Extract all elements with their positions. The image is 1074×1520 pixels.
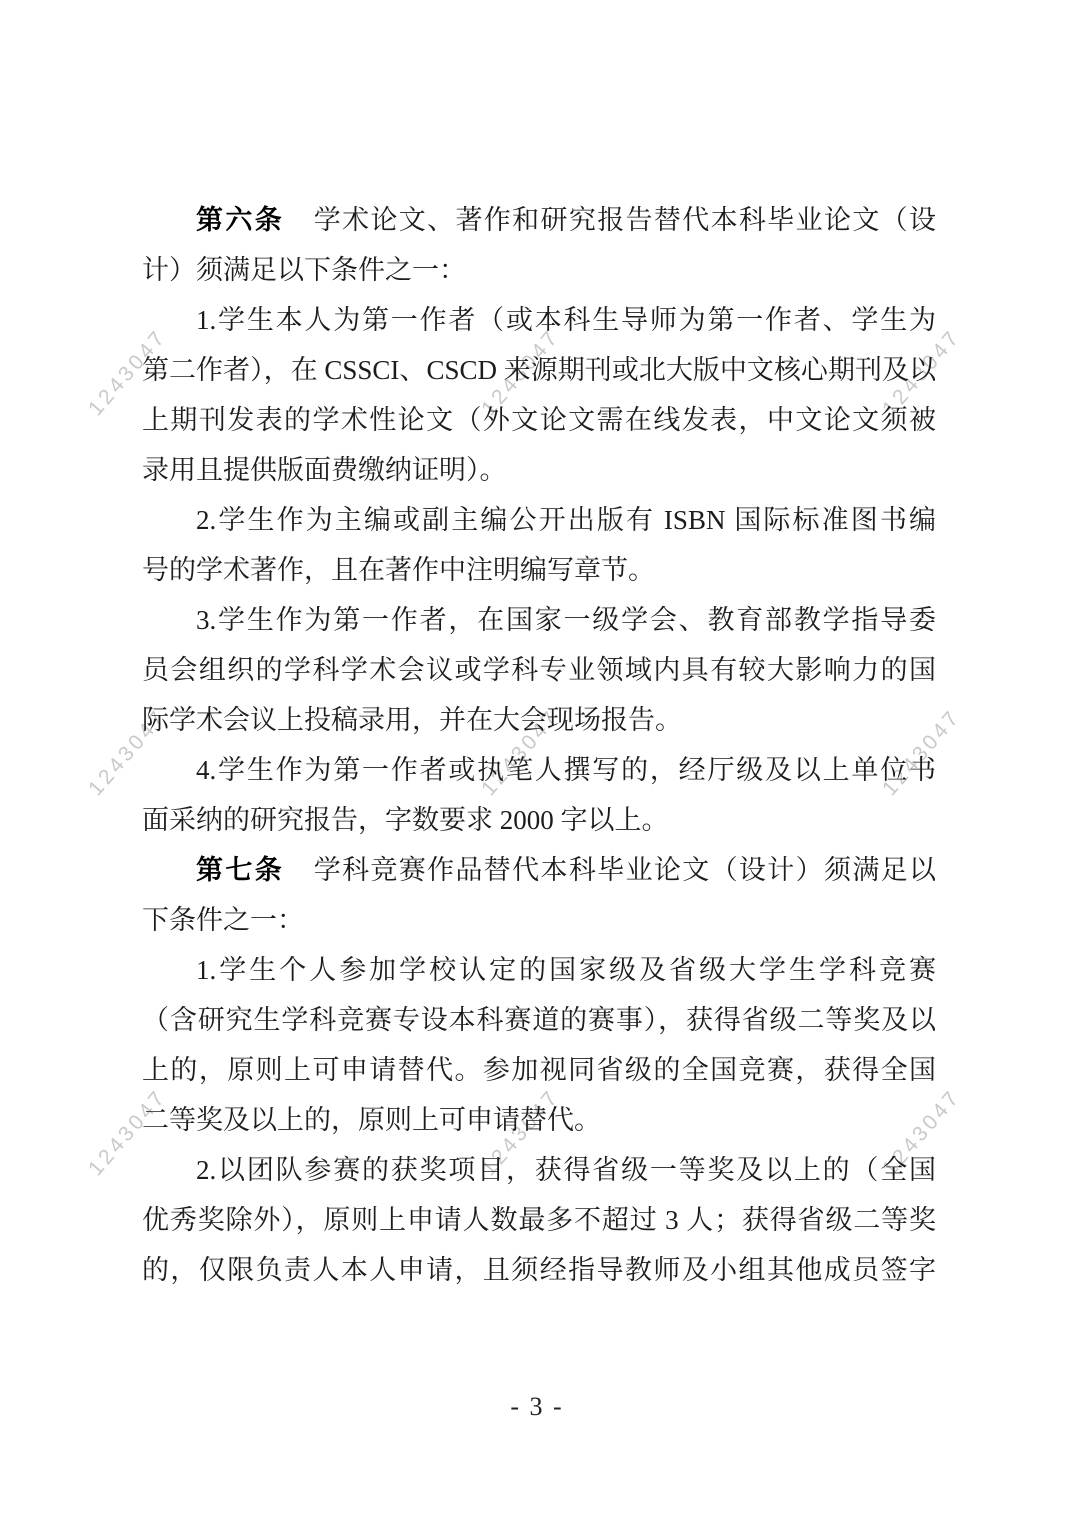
paragraph: 2.学生作为主编或副主编公开出版有 ISBN 国际标准图书编号的学术著作，且在著…: [142, 495, 936, 595]
text-line: 第二作者），在 CSSCI、CSCD 来源期刊或北大版中文核心期刊及以: [142, 345, 936, 395]
text-line: 号的学术著作，且在著作中注明编写章节。: [142, 545, 936, 595]
text-line: 第六条学术论文、著作和研究报告替代本科毕业论文（设: [142, 195, 936, 245]
text-line: （含研究生学科竞赛专设本科赛道的赛事），获得省级二等奖及以: [142, 995, 936, 1045]
page-number: - 3 -: [510, 1392, 563, 1421]
text-line: 录用且提供版面费缴纳证明）。: [142, 445, 936, 495]
paragraph: 第六条学术论文、著作和研究报告替代本科毕业论文（设计）须满足以下条件之一：: [142, 195, 936, 295]
paragraph: 第七条学科竞赛作品替代本科毕业论文（设计）须满足以下条件之一：: [142, 845, 936, 945]
paragraph: 1.学生本人为第一作者（或本科生导师为第一作者、学生为第二作者），在 CSSCI…: [142, 295, 936, 495]
text-line: 上的，原则上可申请替代。参加视同省级的全国竞赛，获得全国: [142, 1045, 936, 1095]
text-line: 上期刊发表的学术性论文（外文论文需在线发表，中文论文须被: [142, 395, 936, 445]
paragraph: 1.学生个人参加学校认定的国家级及省级大学生学科竞赛（含研究生学科竞赛专设本科赛…: [142, 945, 936, 1145]
text-line: 二等奖及以上的，原则上可申请替代。: [142, 1095, 936, 1145]
text-line: 1.学生本人为第一作者（或本科生导师为第一作者、学生为: [142, 295, 936, 345]
text-line: 下条件之一：: [142, 895, 936, 945]
text-line: 2.以团队参赛的获奖项目，获得省级一等奖及以上的（全国: [142, 1145, 936, 1195]
text-line: 3.学生作为第一作者，在国家一级学会、教育部教学指导委: [142, 595, 936, 645]
paragraph: 4.学生作为第一作者或执笔人撰写的，经厅级及以上单位书面采纳的研究报告，字数要求…: [142, 745, 936, 845]
text-line: 4.学生作为第一作者或执笔人撰写的，经厅级及以上单位书: [142, 745, 936, 795]
text-line: 1.学生个人参加学校认定的国家级及省级大学生学科竞赛: [142, 945, 936, 995]
text-line: 际学术会议上投稿录用，并在大会现场报告。: [142, 695, 936, 745]
article-heading: 第七条: [196, 855, 284, 885]
article-heading: 第六条: [196, 205, 284, 235]
text-line: 优秀奖除外），原则上申请人数最多不超过 3 人；获得省级二等奖: [142, 1195, 936, 1245]
text-line: 第七条学科竞赛作品替代本科毕业论文（设计）须满足以: [142, 845, 936, 895]
text-line: 的，仅限负责人本人申请，且须经指导教师及小组其他成员签字: [142, 1245, 936, 1295]
paragraph: 2.以团队参赛的获奖项目，获得省级一等奖及以上的（全国优秀奖除外），原则上申请人…: [142, 1145, 936, 1295]
paragraph: 3.学生作为第一作者，在国家一级学会、教育部教学指导委员会组织的学科学术会议或学…: [142, 595, 936, 745]
text-line: 面采纳的研究报告，字数要求 2000 字以上。: [142, 795, 936, 845]
text-line: 计）须满足以下条件之一：: [142, 245, 936, 295]
document-page: 1243047124304712430471243047124304712430…: [0, 0, 1074, 1520]
page-footer: - 3 -: [0, 1392, 1074, 1422]
text-line: 2.学生作为主编或副主编公开出版有 ISBN 国际标准图书编: [142, 495, 936, 545]
document-body: 第六条学术论文、著作和研究报告替代本科毕业论文（设计）须满足以下条件之一：1.学…: [142, 195, 936, 1295]
text-line: 员会组织的学科学术会议或学科专业领域内具有较大影响力的国: [142, 645, 936, 695]
